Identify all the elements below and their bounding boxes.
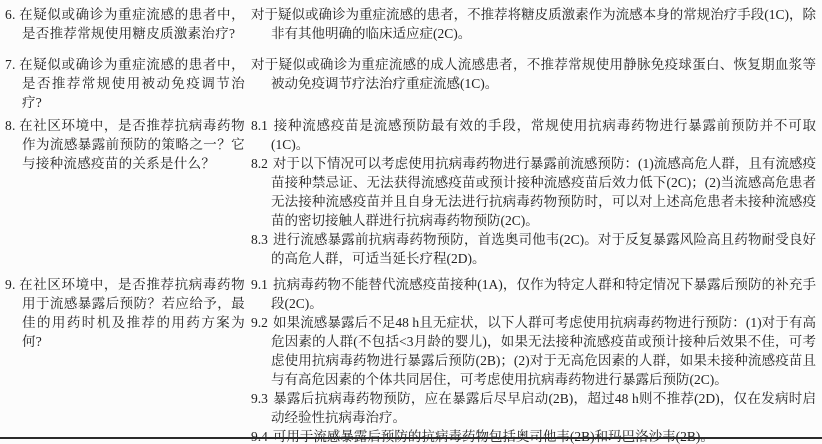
answer-number: 8.2: [251, 156, 268, 171]
question-text: 9.在社区环境中，是否推荐抗病毒药物用于流感暴露后预防？若应给予，最佳的用药时机…: [5, 275, 245, 351]
question-cell: 8.在社区环境中，是否推荐抗病毒药物作为流感暴露前预防的策略之一？它与接种流感疫…: [5, 116, 245, 173]
answer-body: 进行流感暴露前抗病毒药物预防，首选奥司他韦(2C)。对于反复暴露风险高且药物耐受…: [271, 232, 816, 266]
answer-item: 8.2对于以下情况可以考虑使用抗病毒药物进行暴露前流感预防：(1)流感高危人群，…: [251, 154, 816, 230]
question-cell: 7.在疑似或确诊为重症流感的患者中，是否推荐常规使用被动免疫调节治疗?: [5, 55, 245, 112]
guideline-qa-table: 6.在疑似或确诊为重症流感的患者中，是否推荐常规使用糖皮质激素治疗? 对于疑似或…: [0, 0, 822, 444]
table-bottom-rule: [0, 437, 822, 439]
answer-item: 9.2如果流感暴露后不足48 h且无症状，以下人群可考虑使用抗病毒药物进行预防：…: [251, 313, 816, 389]
question-number: 9.: [5, 277, 16, 292]
answer-item: 对于疑似或确诊为重症流感的成人流感患者，不推荐常规使用静脉免疫球蛋白、恢复期血浆…: [251, 55, 816, 93]
answer-item: 8.1接种流感疫苗是流感预防最有效的手段，常规使用抗病毒药物进行暴露前预防并不可…: [251, 116, 816, 154]
answer-number: 9.1: [251, 277, 268, 292]
question-text: 8.在社区环境中，是否推荐抗病毒药物作为流感暴露前预防的策略之一？它与接种流感疫…: [5, 116, 245, 173]
guideline-document-page: { "page": { "background": "#fcfcfc", "te…: [0, 0, 822, 444]
question-cell: 6.在疑似或确诊为重症流感的患者中，是否推荐常规使用糖皮质激素治疗?: [5, 5, 245, 43]
question-text: 7.在疑似或确诊为重症流感的患者中，是否推荐常规使用被动免疫调节治疗?: [5, 55, 245, 112]
question-body: 在社区环境中，是否推荐抗病毒药物作为流感暴露前预防的策略之一？它与接种流感疫苗的…: [19, 118, 245, 171]
question-body: 在疑似或确诊为重症流感的患者中，是否推荐常规使用糖皮质激素治疗?: [19, 7, 245, 41]
question-body: 在社区环境中，是否推荐抗病毒药物用于流感暴露后预防？若应给予，最佳的用药时机及推…: [19, 277, 245, 349]
answer-body: 如果流感暴露后不足48 h且无症状，以下人群可考虑使用抗病毒药物进行预防：(1)…: [271, 315, 816, 387]
answer-item: 9.1抗病毒药物不能替代流感疫苗接种(1A)，仅作为特定人群和特定情况下暴露后预…: [251, 275, 816, 313]
answer-cell: 对于疑似或确诊为重症流感的成人流感患者，不推荐常规使用静脉免疫球蛋白、恢复期血浆…: [251, 55, 816, 93]
table-row: 9.在社区环境中，是否推荐抗病毒药物用于流感暴露后预防？若应给予，最佳的用药时机…: [5, 275, 816, 444]
question-number: 6.: [5, 7, 16, 22]
question-cell: 9.在社区环境中，是否推荐抗病毒药物用于流感暴露后预防？若应给予，最佳的用药时机…: [5, 275, 245, 351]
answer-item: 对于疑似或确诊为重症流感的患者，不推荐将糖皮质激素作为流感本身的常规治疗手段(1…: [251, 5, 816, 43]
answer-item: 9.3暴露后抗病毒药物预防，应在暴露后尽早启动(2B)，超过48 h则不推荐(2…: [251, 389, 816, 427]
answer-number: 9.3: [251, 391, 268, 406]
answer-body: 接种流感疫苗是流感预防最有效的手段，常规使用抗病毒药物进行暴露前预防并不可取(1…: [271, 118, 816, 152]
answer-body: 抗病毒药物不能替代流感疫苗接种(1A)，仅作为特定人群和特定情况下暴露后预防的补…: [271, 277, 816, 311]
answer-body: 对于疑似或确诊为重症流感的成人流感患者，不推荐常规使用静脉免疫球蛋白、恢复期血浆…: [251, 57, 816, 91]
question-body: 在疑似或确诊为重症流感的患者中，是否推荐常规使用被动免疫调节治疗?: [19, 57, 245, 110]
answer-body: 暴露后抗病毒药物预防，应在暴露后尽早启动(2B)，超过48 h则不推荐(2D)，…: [271, 391, 816, 425]
answer-item: 8.3进行流感暴露前抗病毒药物预防，首选奥司他韦(2C)。对于反复暴露风险高且药…: [251, 230, 816, 268]
answer-number: 8.3: [251, 232, 268, 247]
answer-number: 8.1: [251, 118, 268, 133]
answer-body: 对于以下情况可以考虑使用抗病毒药物进行暴露前流感预防：(1)流感高危人群，且有流…: [271, 156, 816, 228]
answer-number: 9.2: [251, 315, 268, 330]
question-text: 6.在疑似或确诊为重症流感的患者中，是否推荐常规使用糖皮质激素治疗?: [5, 5, 245, 43]
table-row: 7.在疑似或确诊为重症流感的患者中，是否推荐常规使用被动免疫调节治疗? 对于疑似…: [5, 55, 816, 112]
table-row: 6.在疑似或确诊为重症流感的患者中，是否推荐常规使用糖皮质激素治疗? 对于疑似或…: [5, 5, 816, 43]
answer-cell: 9.1抗病毒药物不能替代流感疫苗接种(1A)，仅作为特定人群和特定情况下暴露后预…: [251, 275, 816, 444]
answer-cell: 8.1接种流感疫苗是流感预防最有效的手段，常规使用抗病毒药物进行暴露前预防并不可…: [251, 116, 816, 268]
table-row: 8.在社区环境中，是否推荐抗病毒药物作为流感暴露前预防的策略之一？它与接种流感疫…: [5, 116, 816, 268]
question-number: 7.: [5, 57, 16, 72]
answer-body: 对于疑似或确诊为重症流感的患者，不推荐将糖皮质激素作为流感本身的常规治疗手段(1…: [251, 7, 816, 41]
question-number: 8.: [5, 118, 16, 133]
answer-cell: 对于疑似或确诊为重症流感的患者，不推荐将糖皮质激素作为流感本身的常规治疗手段(1…: [251, 5, 816, 43]
answer-item: 9.4可用于流感暴露后预防的抗病毒药物包括奥司他韦(2B)和玛巴洛沙韦(2B)。: [251, 427, 816, 444]
